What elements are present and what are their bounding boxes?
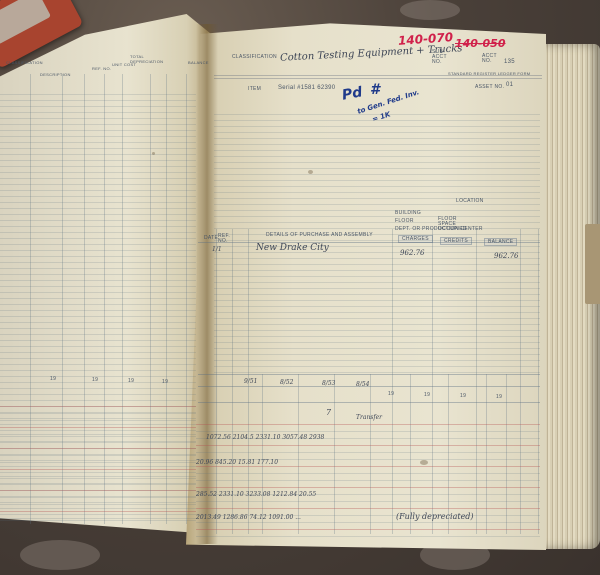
photo-scene: CLASSIFICATION Cotton Testing Equipment … bbox=[0, 0, 600, 575]
grid-line bbox=[0, 364, 196, 365]
grid-line bbox=[214, 240, 540, 241]
left-header: REF. NO. bbox=[92, 66, 111, 71]
col-details: DETAILS OF PURCHASE AND ASSEMBLY bbox=[266, 232, 373, 238]
grid-line bbox=[196, 515, 540, 516]
year-6: 19 bbox=[424, 392, 430, 398]
grid-line bbox=[0, 214, 196, 215]
grid-line bbox=[196, 459, 540, 460]
grid-line bbox=[0, 238, 196, 239]
grid-line bbox=[0, 310, 196, 311]
right-page bbox=[186, 18, 546, 550]
grid-line bbox=[0, 184, 196, 185]
grid-line bbox=[0, 292, 196, 293]
grid-line bbox=[214, 312, 540, 313]
grid-line bbox=[214, 348, 540, 349]
account-number-old: 140-050 bbox=[455, 37, 506, 50]
grid-line bbox=[214, 138, 540, 139]
depreciation-row: 20.96 845.20 15.81 177.10 bbox=[196, 459, 278, 466]
grid-line bbox=[214, 114, 540, 115]
grid-line bbox=[0, 382, 196, 383]
grid-line bbox=[0, 250, 196, 251]
grid-line bbox=[214, 288, 540, 289]
grid-line bbox=[0, 262, 196, 263]
dept-label: DEPT. OR PRODUCTION CENTER bbox=[395, 226, 483, 232]
mark-seven: 7 bbox=[326, 408, 331, 417]
grid-line bbox=[0, 94, 196, 95]
classification-label: CLASSIFICATION bbox=[232, 54, 277, 60]
grid-line bbox=[196, 529, 540, 530]
blue-note-hash: # bbox=[370, 82, 380, 98]
grid-line bbox=[0, 208, 196, 209]
year-8: 19 bbox=[496, 394, 502, 400]
index-tab bbox=[585, 224, 600, 304]
grid-line bbox=[0, 484, 196, 485]
grid-line bbox=[0, 442, 196, 443]
grid-line bbox=[0, 220, 196, 221]
left-header: CLASSIFICATION bbox=[6, 60, 43, 65]
grid-line bbox=[0, 504, 196, 505]
grid-line bbox=[0, 328, 196, 329]
grid-line bbox=[214, 360, 540, 361]
grid-line bbox=[214, 258, 540, 259]
grid-line bbox=[0, 466, 196, 467]
grid-line bbox=[214, 228, 540, 229]
grid-line bbox=[0, 346, 196, 347]
left-header: TOTAL DEPRECIATION bbox=[130, 54, 150, 64]
grid-line bbox=[214, 186, 540, 187]
grid-line bbox=[0, 455, 196, 456]
grid-line bbox=[198, 374, 540, 375]
grid-line bbox=[0, 418, 196, 419]
grid-line bbox=[0, 172, 196, 173]
grid-line bbox=[0, 124, 196, 125]
grid-line bbox=[0, 483, 196, 484]
grid-line bbox=[216, 229, 217, 534]
grid-line bbox=[432, 229, 433, 534]
acct-value: 135 bbox=[504, 59, 515, 65]
grid-line bbox=[0, 370, 196, 371]
grid-line bbox=[0, 316, 196, 317]
grid-line bbox=[214, 330, 540, 331]
grid-line bbox=[0, 106, 196, 107]
grid-line bbox=[214, 294, 540, 295]
grid-line bbox=[0, 462, 196, 463]
grid-line bbox=[0, 478, 196, 479]
grid-line bbox=[298, 374, 299, 534]
grid-line bbox=[214, 354, 540, 355]
grid-line bbox=[0, 118, 196, 119]
item-label: ITEM bbox=[248, 86, 261, 92]
grid-line bbox=[0, 497, 196, 498]
grid-line bbox=[214, 204, 540, 205]
grid-line bbox=[196, 438, 540, 439]
grid-line bbox=[214, 210, 540, 211]
grid-line bbox=[0, 244, 196, 245]
grid-line bbox=[0, 100, 196, 101]
entry-charges: 962.76 bbox=[400, 249, 425, 257]
grid-line bbox=[0, 472, 196, 473]
grid-line bbox=[214, 246, 540, 247]
grid-line bbox=[0, 304, 196, 305]
ledger-book: CLASSIFICATION Cotton Testing Equipment … bbox=[0, 14, 600, 554]
grid-line bbox=[214, 120, 540, 121]
grid-line bbox=[0, 256, 196, 257]
grid-line bbox=[0, 166, 196, 167]
grid-line bbox=[0, 352, 196, 353]
grid-line bbox=[0, 520, 196, 521]
grid-line bbox=[0, 394, 196, 395]
grid-line bbox=[196, 494, 540, 495]
grid-line bbox=[506, 374, 507, 534]
grid-line bbox=[214, 276, 540, 277]
grid-line bbox=[0, 202, 196, 203]
grid-line bbox=[0, 226, 196, 227]
grid-line bbox=[196, 480, 540, 481]
grid-line bbox=[0, 112, 196, 113]
grid-line bbox=[0, 460, 196, 461]
serial-number: Serial #1581 62390 bbox=[278, 85, 335, 91]
grid-line bbox=[0, 448, 196, 449]
year-7: 19 bbox=[460, 393, 466, 399]
grid-line bbox=[196, 508, 540, 509]
grid-line bbox=[392, 229, 393, 534]
grid-line bbox=[0, 434, 196, 435]
grid-line bbox=[214, 270, 540, 271]
grid-line bbox=[214, 366, 540, 367]
grid-line bbox=[0, 340, 196, 341]
form-label: STANDARD REGISTER LEDGER FORM bbox=[448, 71, 530, 76]
grid-line bbox=[196, 445, 540, 446]
grid-line bbox=[0, 388, 196, 389]
grid-line bbox=[0, 430, 196, 431]
grid-line bbox=[232, 229, 233, 534]
left-header: BALANCE bbox=[188, 60, 209, 65]
grid-line bbox=[214, 324, 540, 325]
left-year: 19 bbox=[128, 378, 134, 384]
sub-acct-label: SUB ACCT NO. bbox=[432, 50, 446, 65]
grid-line bbox=[0, 502, 196, 503]
grid-line bbox=[0, 514, 196, 515]
grid-line bbox=[370, 374, 371, 534]
grid-line bbox=[214, 126, 540, 127]
grid-line bbox=[0, 400, 196, 401]
grid-line bbox=[410, 374, 411, 534]
grid-line bbox=[214, 336, 540, 337]
grid-line bbox=[0, 427, 196, 428]
grid-line bbox=[214, 198, 540, 199]
grid-line bbox=[0, 358, 196, 359]
grid-line bbox=[214, 318, 540, 319]
floor-label: FLOOR bbox=[395, 218, 414, 224]
grid-line bbox=[214, 162, 540, 163]
year-1: 9/51 bbox=[244, 378, 257, 385]
grid-line bbox=[476, 229, 477, 534]
grid-line bbox=[214, 264, 540, 265]
grid-line bbox=[520, 229, 521, 534]
grid-line bbox=[214, 132, 540, 133]
grid-line bbox=[0, 298, 196, 299]
grid-line bbox=[214, 168, 540, 169]
grid-line bbox=[0, 286, 196, 287]
grid-line bbox=[196, 466, 540, 467]
grid-line bbox=[0, 406, 196, 407]
grid-line bbox=[214, 144, 540, 145]
grid-line bbox=[214, 234, 540, 235]
grid-line bbox=[0, 376, 196, 377]
asset-label: ASSET NO. bbox=[475, 84, 504, 90]
grid-line bbox=[196, 536, 540, 537]
grid-line bbox=[0, 160, 196, 161]
grid-line bbox=[486, 374, 487, 534]
grid-line bbox=[198, 386, 540, 387]
grid-line bbox=[214, 252, 540, 253]
grid-line bbox=[0, 274, 196, 275]
grid-line bbox=[196, 424, 540, 425]
grid-line bbox=[214, 150, 540, 151]
grid-line bbox=[196, 487, 540, 488]
grid-line bbox=[0, 424, 196, 425]
grid-line bbox=[0, 154, 196, 155]
grid-line bbox=[196, 431, 540, 432]
grid-line bbox=[0, 280, 196, 281]
grid-line bbox=[214, 282, 540, 283]
grid-line bbox=[214, 156, 540, 157]
grid-line bbox=[0, 268, 196, 269]
grid-line bbox=[196, 473, 540, 474]
grid-line bbox=[0, 476, 196, 477]
grid-line bbox=[214, 174, 540, 175]
year-2: 8/52 bbox=[280, 379, 293, 386]
grid-line bbox=[214, 216, 540, 217]
grid-line bbox=[196, 452, 540, 453]
grid-line bbox=[0, 130, 196, 131]
grid-line bbox=[0, 232, 196, 233]
fully-depreciated-note: (Fully depreciated) bbox=[396, 512, 474, 521]
grid-line bbox=[0, 322, 196, 323]
grid-line bbox=[0, 511, 196, 512]
grid-line bbox=[214, 192, 540, 193]
acct-label: ACCT NO. bbox=[482, 54, 496, 64]
grid-line bbox=[214, 222, 540, 223]
grid-line bbox=[0, 508, 196, 509]
grid-line bbox=[262, 374, 263, 534]
grid-line bbox=[538, 229, 539, 534]
grid-line bbox=[0, 196, 196, 197]
grid-line bbox=[214, 306, 540, 307]
grid-line bbox=[0, 136, 196, 137]
grid-line bbox=[0, 441, 196, 442]
grid-line bbox=[0, 490, 196, 491]
grid-line bbox=[214, 372, 540, 373]
grid-line bbox=[334, 374, 335, 534]
grid-line bbox=[214, 342, 540, 343]
grid-line bbox=[0, 148, 196, 149]
grid-line bbox=[198, 402, 540, 403]
grid-line bbox=[0, 178, 196, 179]
grid-line bbox=[0, 190, 196, 191]
grid-line bbox=[0, 413, 196, 414]
grid-line bbox=[248, 229, 249, 534]
grid-line bbox=[214, 180, 540, 181]
stain bbox=[420, 460, 428, 465]
grid-line bbox=[196, 522, 540, 523]
grid-line bbox=[0, 420, 196, 421]
grid-line bbox=[0, 518, 196, 519]
col-credits: CREDITS bbox=[440, 237, 472, 245]
grid-line bbox=[196, 501, 540, 502]
col-date: DATE bbox=[204, 236, 214, 241]
grid-line bbox=[0, 142, 196, 143]
grid-line bbox=[0, 436, 196, 437]
grid-line bbox=[448, 374, 449, 534]
grid-line bbox=[214, 300, 540, 301]
grid-line bbox=[0, 334, 196, 335]
left-header: DESCRIPTION bbox=[40, 72, 71, 77]
grid-line bbox=[0, 469, 196, 470]
asset-value: 01 bbox=[506, 82, 513, 88]
grid-line bbox=[198, 242, 540, 243]
